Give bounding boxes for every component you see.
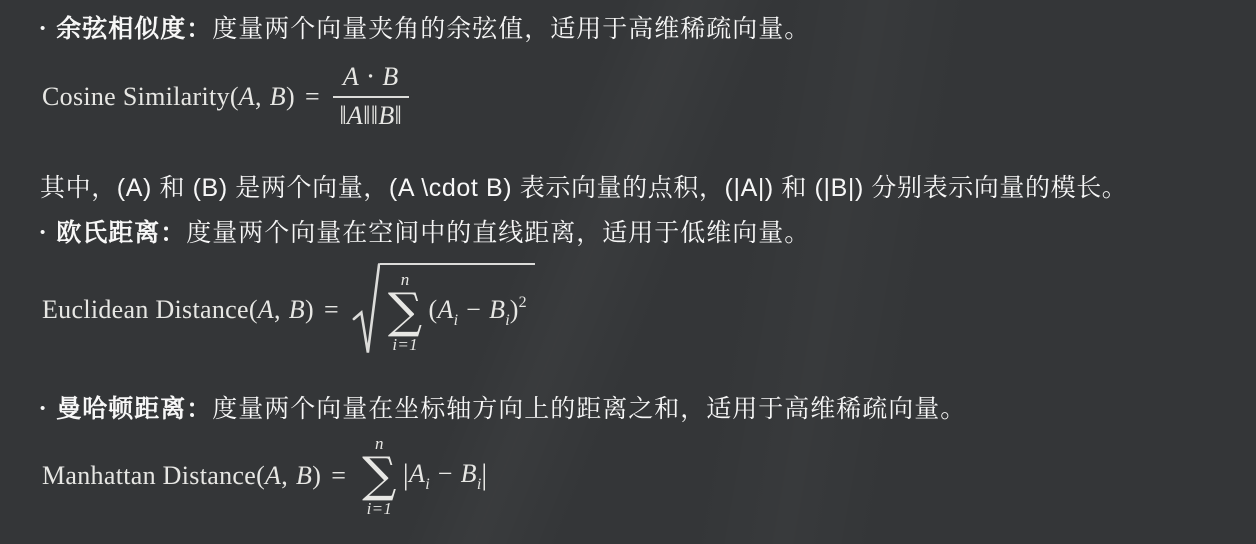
paren: ) — [305, 295, 314, 325]
equals-sign: = — [314, 295, 349, 325]
var-a: A — [239, 82, 255, 112]
norm-bar: ‖ — [339, 101, 347, 130]
abs-bar: | — [481, 458, 487, 491]
paren: ( — [230, 82, 239, 112]
var-b: B — [270, 82, 286, 112]
var-a: A — [265, 461, 281, 491]
var-a: A — [347, 101, 363, 130]
bullet-desc-manhattan: 度量两个向量在坐标轴方向上的距离之和，适用于高维稀疏向量。 — [212, 393, 966, 425]
paren: ( — [249, 295, 258, 325]
formula-cosine-func: Cosine Similarity — [42, 82, 230, 112]
fraction: A⋅B ‖A‖‖B‖ — [333, 62, 409, 131]
sum-symbol: n ∑ i=1 — [362, 435, 397, 517]
dot-operator: ⋅ — [359, 62, 382, 91]
sigma-icon: ∑ — [362, 453, 397, 497]
var-b: B — [378, 101, 394, 130]
sum-operand: |Ai−Bi| — [403, 458, 488, 494]
var-a: A — [258, 295, 274, 325]
sigma-icon: ∑ — [388, 289, 423, 333]
formula-manhattan: Manhattan Distance(A,B)= n ∑ i=1 |Ai−Bi| — [42, 435, 488, 517]
var-b: B — [296, 461, 312, 491]
content-area: • 余弦相似度： 度量两个向量夹角的余弦值，适用于高维稀疏向量。 Cosine … — [0, 0, 1256, 544]
var-b: B — [382, 62, 398, 91]
bullet-icon: • — [40, 393, 46, 425]
sum-lower-limit: i=1 — [392, 336, 418, 353]
comma: , — [255, 82, 270, 112]
var-b: B — [289, 295, 305, 325]
fraction-numerator: A⋅B — [333, 62, 409, 98]
bullet-icon: • — [40, 217, 46, 249]
minus-sign: − — [458, 295, 489, 324]
explanation-paragraph: 其中，(A) 和 (B) 是两个向量，(A \cdot B) 表示向量的点积，(… — [40, 172, 1127, 204]
sum-lower-limit: i=1 — [367, 500, 393, 517]
comma: , — [274, 295, 289, 325]
var-a: A — [437, 295, 453, 324]
sum-symbol: n ∑ i=1 — [388, 271, 423, 353]
formula-manhattan-func: Manhattan Distance — [42, 461, 256, 491]
norm-bar: ‖ — [395, 101, 403, 130]
norm-bar: ‖‖ — [363, 101, 378, 130]
paren: ) — [510, 295, 519, 324]
paren: ( — [256, 461, 265, 491]
fraction-denominator: ‖A‖‖B‖ — [333, 98, 408, 131]
bullet-item-euclidean: • 欧氏距离： 度量两个向量在空间中的直线距离，适用于低维向量。 — [40, 217, 810, 249]
paragraph-text: 其中，(A) 和 (B) 是两个向量，(A \cdot B) 表示向量的点积，(… — [40, 172, 1127, 204]
var-b: B — [489, 295, 505, 324]
var-a: A — [343, 62, 359, 91]
paren: ) — [312, 461, 321, 491]
bullet-term-manhattan: 曼哈顿距离： — [56, 393, 212, 425]
minus-sign: − — [430, 459, 461, 488]
var-a: A — [409, 459, 425, 488]
comma: , — [281, 461, 296, 491]
var-b: B — [461, 459, 477, 488]
sum-operand: (Ai−Bi)2 — [428, 294, 526, 330]
formula-euclidean-func: Euclidean Distance — [42, 295, 249, 325]
superscript-2: 2 — [519, 294, 527, 311]
paren: ) — [286, 82, 295, 112]
formula-cosine: Cosine Similarity(A,B)= A⋅B ‖A‖‖B‖ — [42, 62, 409, 131]
bullet-item-manhattan: • 曼哈顿距离： 度量两个向量在坐标轴方向上的距离之和，适用于高维稀疏向量。 — [40, 393, 966, 425]
bullet-desc-euclidean: 度量两个向量在空间中的直线距离，适用于低维向量。 — [186, 217, 810, 249]
sqrt-body: n ∑ i=1 (Ai−Bi)2 — [380, 263, 535, 356]
equals-sign: = — [295, 82, 330, 112]
formula-euclidean: Euclidean Distance(A,B)= n ∑ i=1 (Ai−Bi)… — [42, 263, 535, 356]
bullet-term-cosine: 余弦相似度： — [56, 13, 212, 45]
equals-sign: = — [321, 461, 356, 491]
sqrt-expression: n ∑ i=1 (Ai−Bi)2 — [352, 263, 535, 356]
bullet-icon: • — [40, 13, 46, 45]
bullet-term-euclidean: 欧氏距离： — [56, 217, 186, 249]
radical-icon — [352, 263, 380, 356]
bullet-item-cosine: • 余弦相似度： 度量两个向量夹角的余弦值，适用于高维稀疏向量。 — [40, 13, 810, 45]
bullet-desc-cosine: 度量两个向量夹角的余弦值，适用于高维稀疏向量。 — [212, 13, 810, 45]
